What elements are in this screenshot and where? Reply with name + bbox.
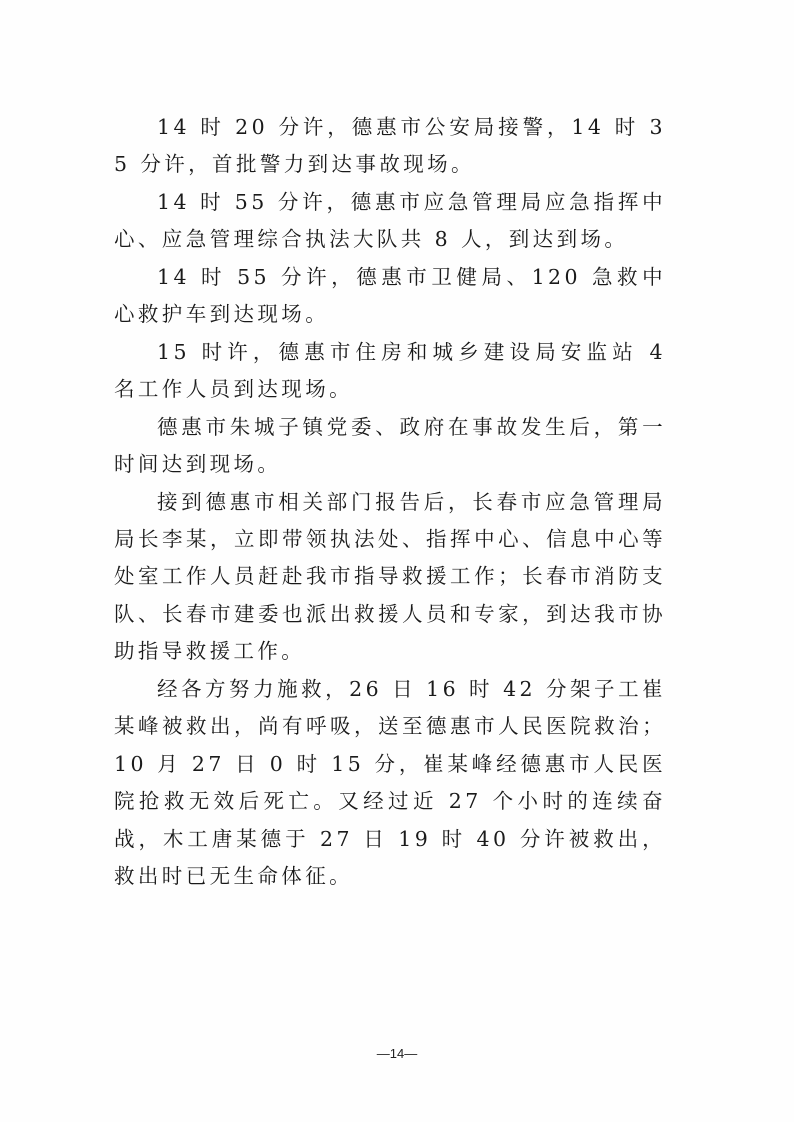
paragraph-town-government-arrival: 德惠市朱城子镇党委、政府在事故发生后，第一时间达到现场。 (114, 409, 666, 484)
paragraph-police-arrival: 14 时 20 分许，德惠市公安局接警，14 时 35 分许，首批警力到达事故现… (114, 109, 666, 184)
page-number: —14— (0, 1046, 794, 1061)
paragraph-housing-bureau-arrival: 15 时许，德惠市住房和城乡建设局安监站 4 名工作人员到达现场。 (114, 334, 666, 409)
paragraph-health-bureau-arrival: 14 时 55 分许，德惠市卫健局、120 急救中心救护车到达现场。 (114, 259, 666, 334)
paragraph-emergency-management-arrival: 14 时 55 分许，德惠市应急管理局应急指挥中心、应急管理综合执法大队共 8 … (114, 184, 666, 259)
body-text: 14 时 20 分许，德惠市公安局接警，14 时 35 分许，首批警力到达事故现… (114, 109, 666, 896)
paragraph-rescue-outcome: 经各方努力施救，26 日 16 时 42 分架子工崔某峰被救出，尚有呼吸，送至德… (114, 671, 666, 896)
paragraph-changchun-support: 接到德惠市相关部门报告后，长春市应急管理局局长李某，立即带领执法处、指挥中心、信… (114, 484, 666, 671)
document-page: 14 时 20 分许，德惠市公安局接警，14 时 35 分许，首批警力到达事故现… (0, 0, 794, 1122)
